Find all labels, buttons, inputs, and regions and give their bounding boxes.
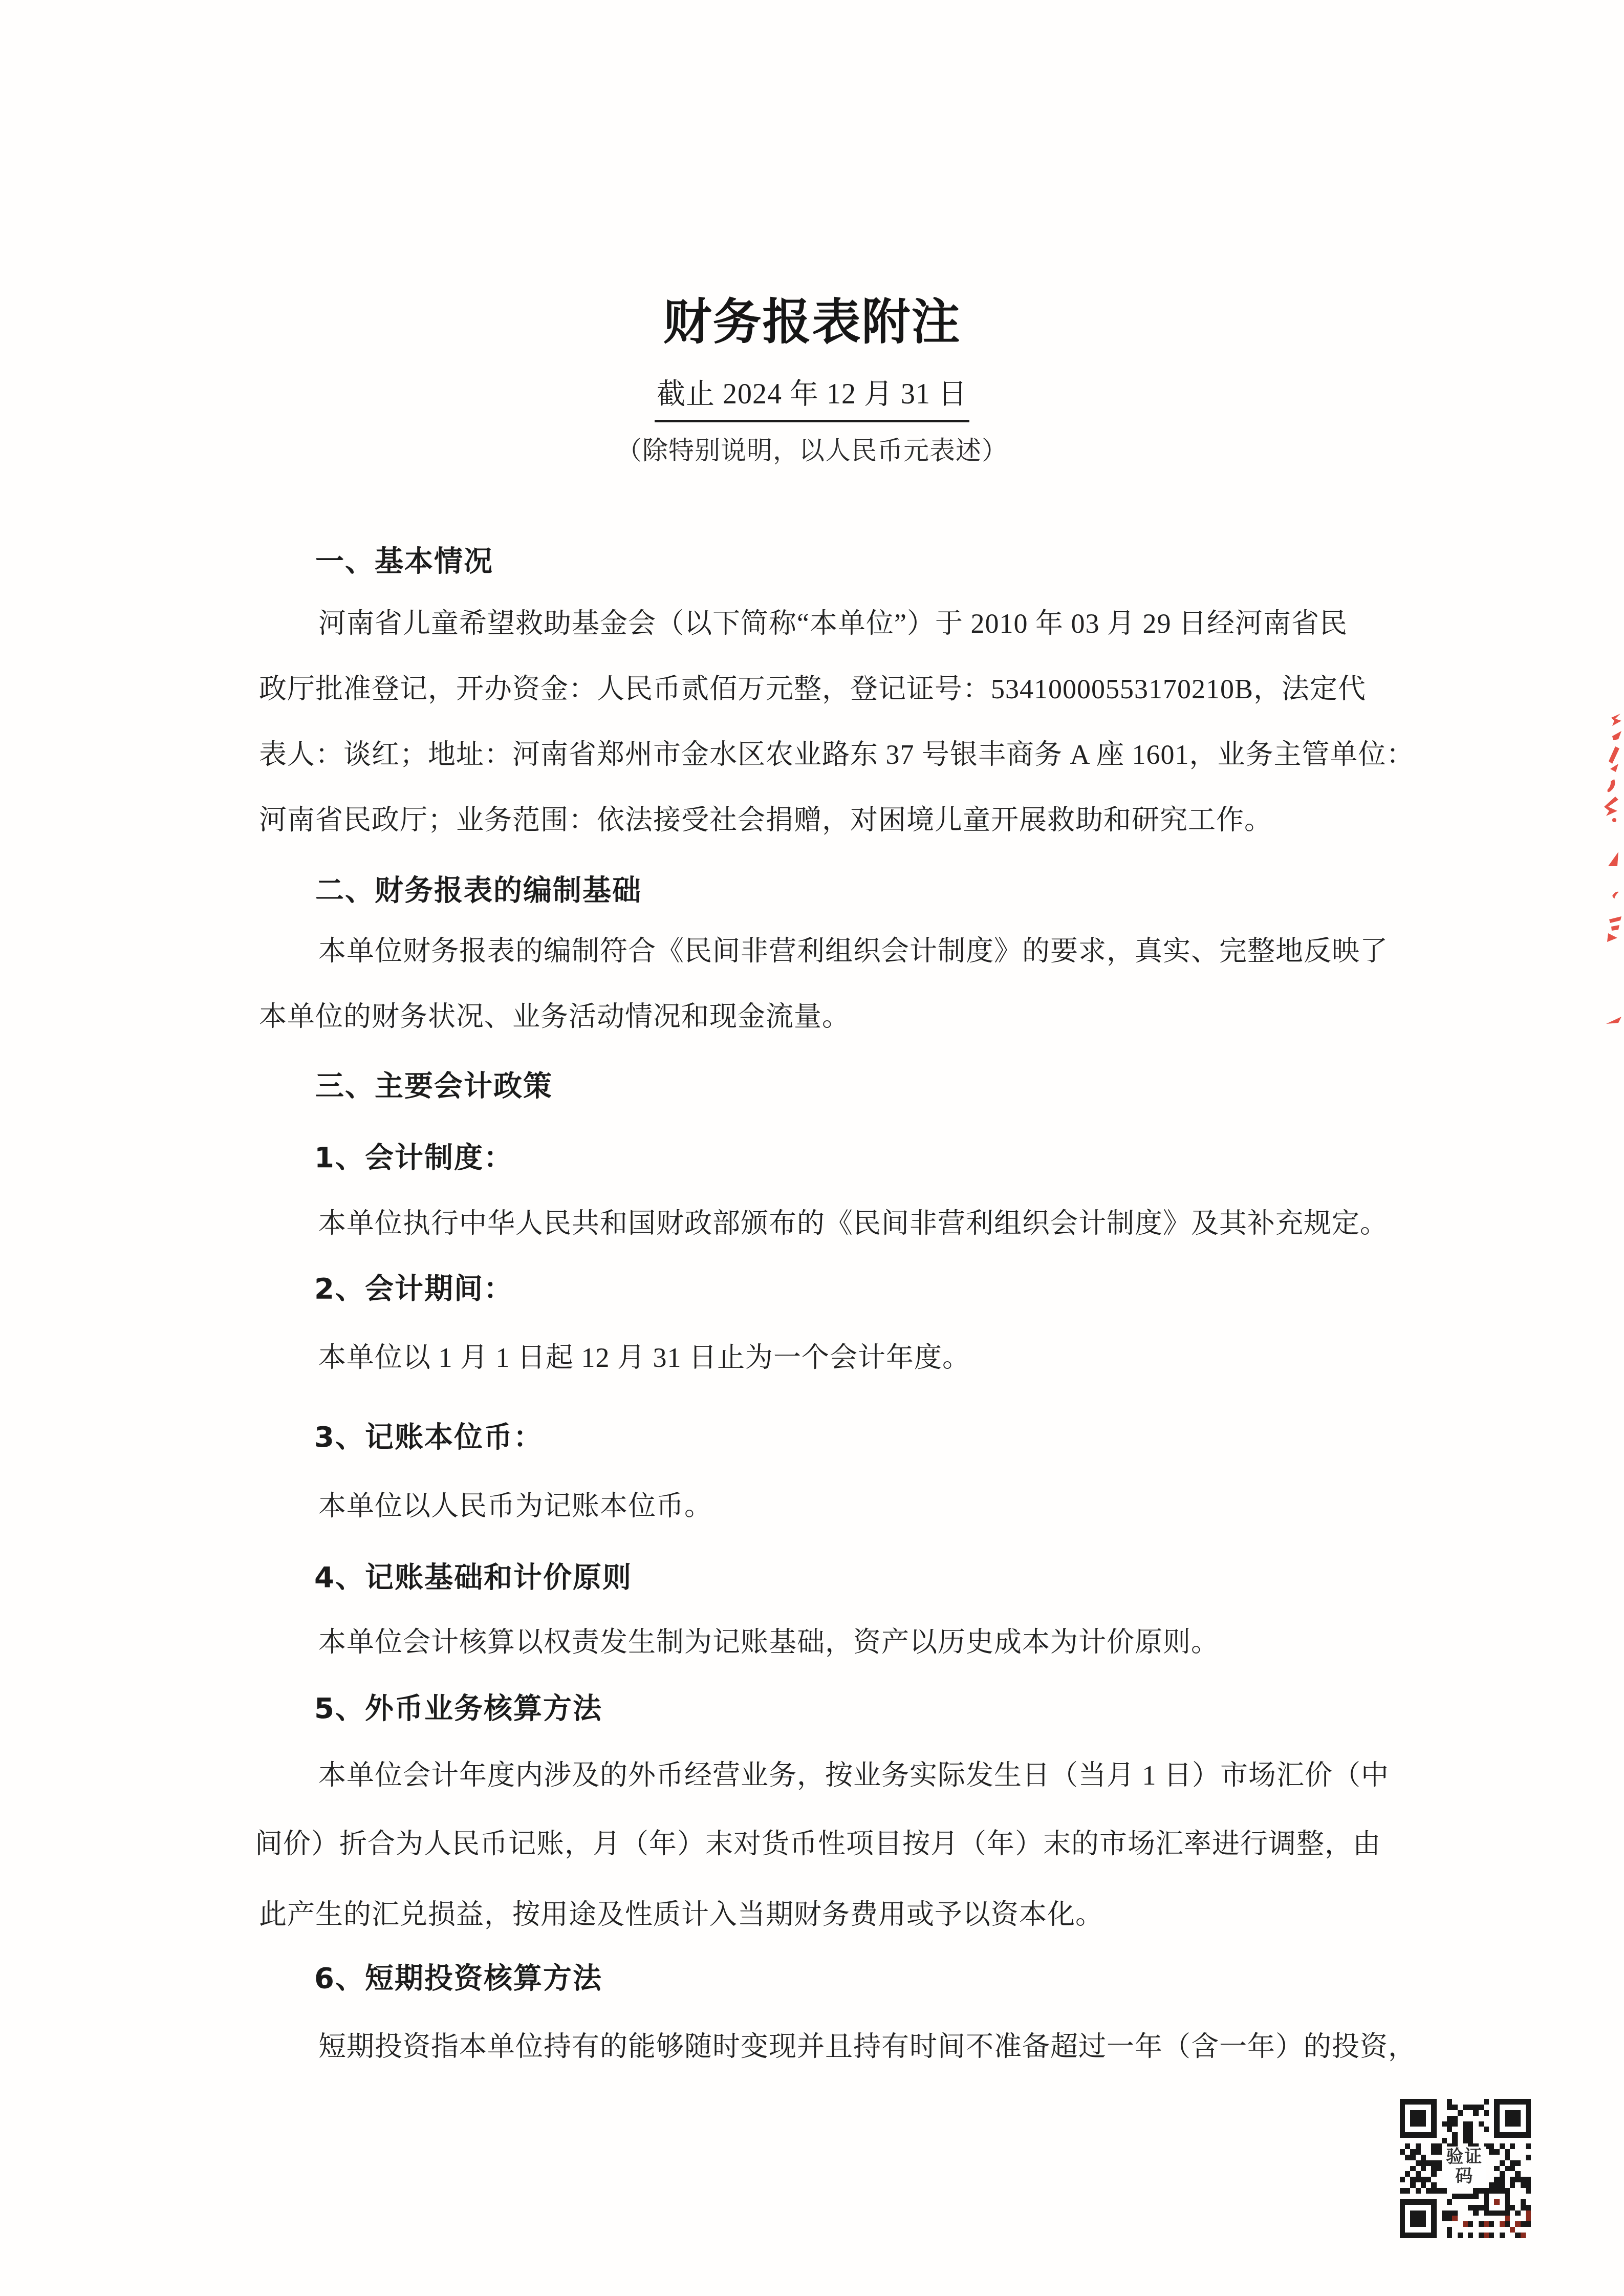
policy-6-heading: 6、短期投资核算方法 <box>314 1958 602 1999</box>
paragraph-line: 本单位的财务状况、业务活动情况和现金流量。 <box>259 996 850 1037</box>
section-3-heading: 三、主要会计政策 <box>315 1066 553 1107</box>
section-1-heading: 一、基本情况 <box>315 541 493 582</box>
paragraph-line: 本单位财务报表的编制符合《民间非营利组织会计制度》的要求，真实、完整地反映了 <box>318 931 1388 972</box>
red-ink-marks <box>1579 706 1624 1034</box>
paragraph-line: 间价）折合为人民币记账，月（年）末对货币性项目按月（年）末的市场汇率进行调整，由 <box>255 1823 1381 1864</box>
policy-5-heading: 5、外币业务核算方法 <box>314 1688 602 1729</box>
date-subtitle-text: 截止 2024 年 12 月 31 日 <box>655 373 969 422</box>
section-2-heading: 二、财务报表的编制基础 <box>315 870 642 911</box>
paragraph-line: 此产生的汇兑损益，按用途及性质计入当期财务费用或予以资本化。 <box>259 1894 1103 1935</box>
paragraph-line: 短期投资指本单位持有的能够随时变现并且持有时间不准备超过一年（含一年）的投资， <box>318 2026 1416 2067</box>
paragraph-line: 本单位以人民币为记账本位币。 <box>318 1486 712 1527</box>
policy-2-heading: 2、会计期间： <box>314 1269 513 1310</box>
document-page: 财务报表附注 截止 2024 年 12 月 31 日 （除特别说明，以人民币元表… <box>0 0 1624 2296</box>
paragraph-line: 表人：谈红；地址：河南省郑州市金水区农业路东 37 号银丰商务 A 座 1601… <box>259 734 1415 775</box>
paragraph-line: 河南省儿童希望救助基金会（以下简称“本单位”）于 2010 年 03 月 29 … <box>318 603 1348 644</box>
paragraph-line: 本单位会计核算以权责发生制为记账基础，资产以历史成本为计价原则。 <box>318 1622 1219 1663</box>
date-subtitle: 截止 2024 年 12 月 31 日 <box>0 373 1624 422</box>
paragraph-line: 本单位以 1 月 1 日起 12 月 31 日止为一个会计年度。 <box>318 1337 970 1378</box>
policy-1-heading: 1、会计制度： <box>314 1138 513 1178</box>
qr-verification-label: 验证 码 <box>1443 2147 1486 2187</box>
policy-3-heading: 3、记账本位币： <box>314 1417 543 1458</box>
paragraph-line: 本单位会计年度内涉及的外币经营业务，按业务实际发生日（当月 1 日）市场汇价（中 <box>318 1755 1389 1796</box>
qr-label-top: 验证 <box>1446 2148 1483 2167</box>
page-title: 财务报表附注 <box>0 292 1624 353</box>
currency-note: （除特别说明，以人民币元表述） <box>0 432 1624 469</box>
qr-label-bottom: 码 <box>1446 2167 1483 2186</box>
paragraph-line: 政厅批准登记，开办资金：人民币贰佰万元整，登记证号：53410000553170… <box>259 669 1366 710</box>
paragraph-line: 河南省民政厅；业务范围：依法接受社会捐赠，对困境儿童开展救助和研究工作。 <box>259 800 1272 841</box>
qr-code: 验证 码 <box>1400 2099 1531 2238</box>
paragraph-line: 本单位执行中华人民共和国财政部颁布的《民间非营利组织会计制度》及其补充规定。 <box>318 1203 1388 1244</box>
policy-4-heading: 4、记账基础和计价原则 <box>314 1557 632 1598</box>
